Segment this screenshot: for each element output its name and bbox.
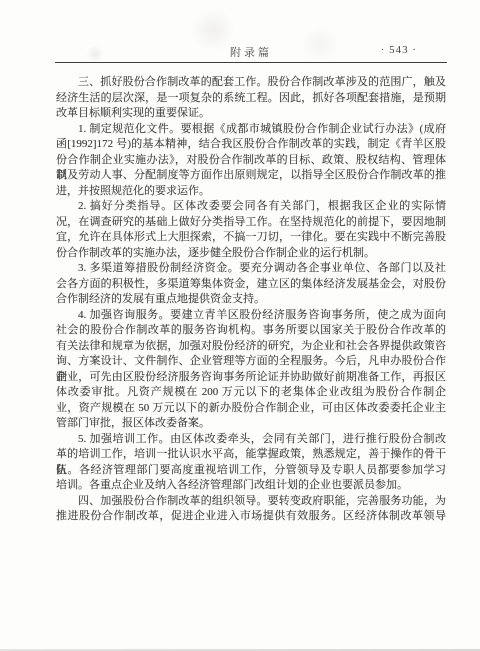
text-line: 体改委审批。凡资产规模在 200 万元以下的老集体企业改组为股份合作制企 — [56, 385, 446, 401]
text-line: 改革目标顺利实现的重要保证。 — [56, 106, 446, 122]
text-line: 函[1992]172 号)的基本精神，结合我区股份合作制改革的实践，制定《青羊区… — [56, 137, 446, 153]
text-line: 三、抓好股份合作制改革的配套工作。股份合作制改革涉及的范围广，触及 — [56, 75, 446, 91]
text-line: 会各方面的积极性，多渠道筹集体资金，建立区的集体经济发展基金会，对股份 — [56, 277, 446, 293]
text-line: 1. 制定规范化文件。要根据《成都市城镇股份合作制企业试行办法》(成府 — [56, 122, 446, 138]
text-line: 管部门审批，报区体改委备案。 — [56, 416, 446, 432]
text-line: 以及劳动人事、分配制度等方面作出原则规定，以指导全区股份合作制改革的推 — [56, 168, 446, 184]
text-line: 伍。各经济管理部门要高度重视培训工作，分管领导及专职人员都要参加学习 — [56, 463, 446, 479]
scanned-document-page: 附录篇 · 543 · 三、抓好股份合作制改革的配套工作。股份合作制改革涉及的范… — [0, 0, 480, 651]
text-line: 宜，允许在具体形式上大胆探索，不搞一刀切，一律化。要在实践中不断完善股 — [56, 230, 446, 246]
text-line: 业，资产规模在 50 万元以下的新办股份合作制企业，可由区体改委委托企业主 — [56, 401, 446, 417]
text-line: 份合作制改革的实施办法，逐步健全股份合作制企业的运行机制。 — [56, 246, 446, 262]
text-line: 推进股份合作制改革，促进企业进入市场提供有效服务。区经济体制改革领导 — [56, 509, 446, 525]
text-line: 合作制经济的发展有重点地提供资金支持。 — [56, 292, 446, 308]
text-line: 2. 搞好分类指导。区体改委要会同各有关部门，根据我区企业的实际情 — [56, 199, 446, 215]
text-line: 四、加强股份合作制改革的组织领导。要转变政府职能，完善服务功能，为 — [56, 494, 446, 510]
text-line: 培训。各重点企业及纳入各经济管理部门改组计划的企业也要派员参加。 — [56, 478, 446, 494]
text-line: 询、方案设计、文件制作、企业管理等方面的全程服务。今后，凡申办股份合作制 — [56, 354, 446, 370]
text-line: 经济生活的层次深，是一项复杂的系统工程。因此，抓好各项配套措施，是预期 — [56, 91, 446, 107]
text-line: 5. 加强培训工作。由区体改委牵头，会同有关部门，进行推行股份合制改 — [56, 432, 446, 448]
text-line: 革的培训工作，培训一批认识水平高，能掌握政策，熟悉规定，善于操作的骨干队 — [56, 447, 446, 463]
text-line: 况，在调查研究的基础上做好分类指导工作。在坚持规范化的前提下，要因地制 — [56, 215, 446, 231]
text-line: 3. 多渠道筹措股份制经济资金。要充分调动各企事业单位、各部门以及社 — [56, 261, 446, 277]
text-line: 社会的股份合作制改革的服务咨询机构。事务所要以国家关于股份合作改革的 — [56, 323, 446, 339]
text-line: 企业，可先由区股份经济服务咨询事务所论证并协助做好前期准备工作，再报区 — [56, 370, 446, 386]
text-line: 有关法律和规章为依据，加强对股份经济的研究，为企业和社会各界提供政策咨 — [56, 339, 446, 355]
text-line: 份合作制企业实施办法》，对股份合作制改革的目标、政策、股权结构、管理体制 — [56, 153, 446, 169]
text-line: 进，并按照规范化的要求运作。 — [56, 184, 446, 200]
running-header: 附录篇 · 543 · — [55, 42, 447, 63]
text-line: 4. 加强咨询服务。要建立青羊区股份经济服务咨询事务所，使之成为面向 — [56, 308, 446, 324]
page-number: · 543 · — [381, 44, 417, 56]
document-body: 三、抓好股份合作制改革的配套工作。股份合作制改革涉及的范围广，触及 经济生活的层… — [56, 75, 446, 525]
